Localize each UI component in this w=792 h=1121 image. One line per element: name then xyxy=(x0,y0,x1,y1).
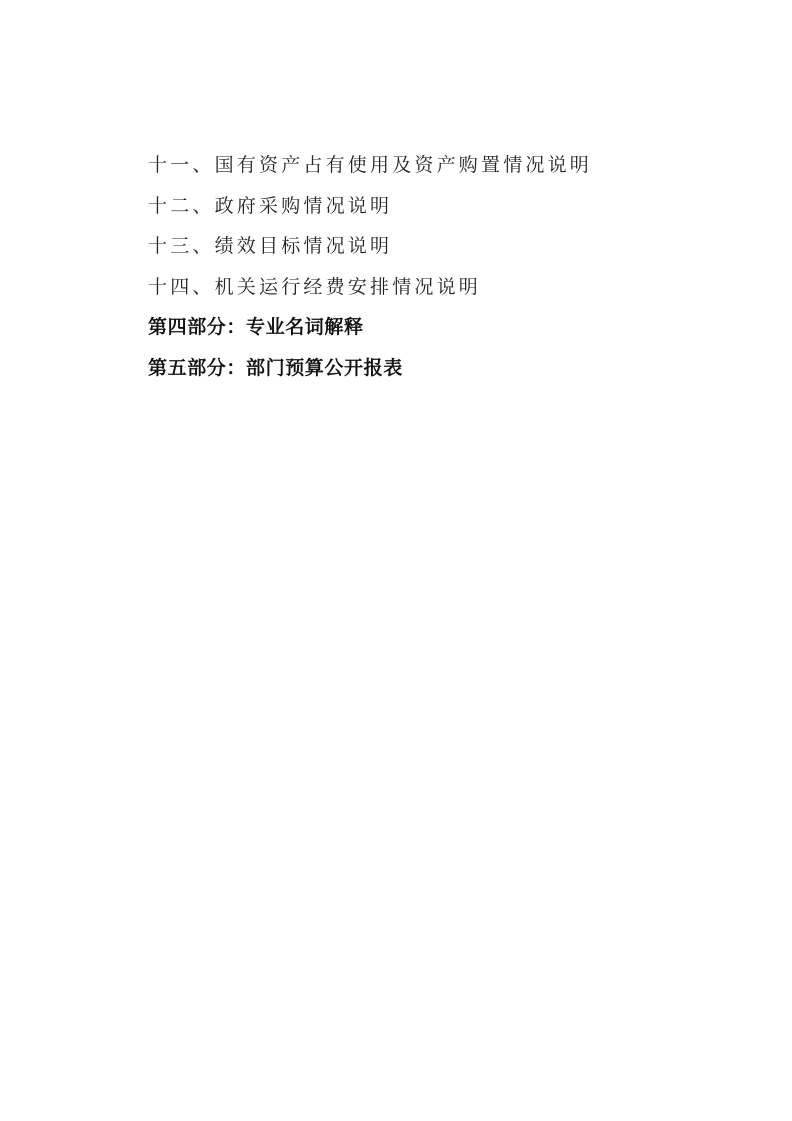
table-of-contents: 十一、国有资产占有使用及资产购置情况说明 十二、政府采购情况说明 十三、绩效目标… xyxy=(148,150,708,393)
toc-part-glossary: 第四部分：专业名词解释 xyxy=(148,312,708,353)
toc-part-budget-reports: 第五部分：部门预算公开报表 xyxy=(148,353,708,394)
toc-item-operating-expenses: 十四、机关运行经费安排情况说明 xyxy=(148,272,708,313)
toc-item-government-procurement: 十二、政府采购情况说明 xyxy=(148,191,708,232)
toc-item-state-assets: 十一、国有资产占有使用及资产购置情况说明 xyxy=(148,150,708,191)
toc-item-performance-goals: 十三、绩效目标情况说明 xyxy=(148,231,708,272)
